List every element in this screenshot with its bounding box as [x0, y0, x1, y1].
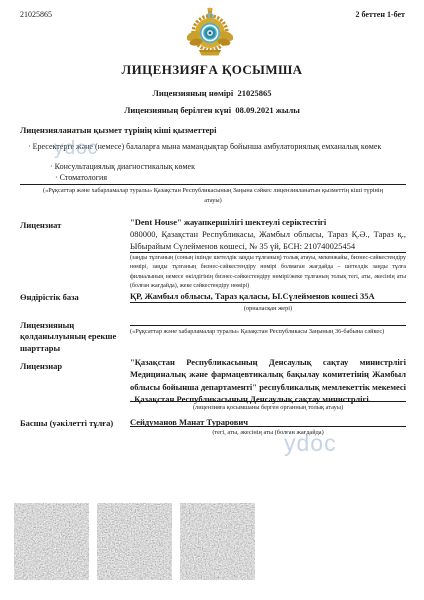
divider-line — [130, 401, 406, 402]
license-date-line: Лицензияның берілген күні 08.09.2021 жыл… — [0, 105, 424, 115]
divider-line — [130, 325, 406, 326]
special-conditions-label: Лицензияның қолданылуының ерекше шарттар… — [20, 320, 124, 354]
production-base-value: ҚР, Жамбыл облысы, Тараз қаласы, Ы.Сүлей… — [130, 291, 406, 301]
divider-line — [20, 184, 406, 185]
licensee-address: 080000, Қазақстан Республикасы, Жамбыл о… — [130, 228, 406, 253]
subactivity-item: · Консультациялық диагностикалық көмек — [50, 162, 390, 171]
page-indicator: 2 беттен 1-бет — [355, 10, 405, 19]
kazakhstan-emblem-icon — [187, 7, 233, 57]
qr-code-stamp — [14, 503, 89, 580]
license-number-line: Лицензияның нөмірі 21025865 — [0, 88, 424, 98]
license-date-value: 08.09.2021 жылы — [235, 105, 300, 115]
doc-number-top: 21025865 — [20, 10, 52, 19]
qr-code-stamp — [97, 503, 172, 580]
licensor-footnote: (лицензияға қосымшаны берген органның то… — [130, 403, 406, 413]
subactivity-item: · Стоматология — [55, 173, 395, 182]
licensor-label: Лицензиар — [20, 361, 124, 372]
license-appendix-page: 21025865 2 беттен 1-бет Л — [0, 0, 424, 600]
production-base-label: Өндірістік база — [20, 292, 124, 303]
subactivities-footnote: («Рұқсаттар және хабарламалар туралы» Қа… — [40, 186, 386, 206]
licensor-value: "Қазақстан Республикасының Денсаулық сақ… — [130, 356, 406, 405]
head-official-label: Басшы (уәкілетті тұлға) — [20, 418, 130, 429]
license-number-label: Лицензияның нөмірі — [153, 88, 234, 98]
license-number-value: 21025865 — [237, 88, 271, 98]
special-conditions-footnote: («Рұқсаттар және хабарламалар туралы» Қа… — [130, 327, 406, 337]
subactivity-item: · Ересектерге және (немесе) балаларға мы… — [28, 142, 408, 153]
licensee-footnote: (заңды тұлғаның (соның ішінде шетелдік з… — [130, 254, 406, 291]
head-official-footnote: (тегі, аты, әкесінің аты (болған жағдайд… — [130, 428, 406, 438]
license-date-label: Лицензияның берілген күні — [124, 105, 231, 115]
qr-code-stamp — [180, 503, 255, 580]
production-base-footnote: (орналасқан жері) — [130, 304, 406, 314]
page-title: ЛИЦЕНЗИЯҒА ҚОСЫМША — [0, 62, 424, 78]
subactivities-heading: Лицензияланатын қызмет түрінің кіші қызм… — [20, 125, 217, 135]
licensee-name: "Dent House" жауапкершілігі шектеулі сер… — [130, 217, 406, 227]
divider-line — [130, 426, 406, 427]
licensee-label: Лицензиат — [20, 220, 124, 231]
divider-line — [130, 252, 406, 253]
divider-line — [130, 302, 406, 303]
